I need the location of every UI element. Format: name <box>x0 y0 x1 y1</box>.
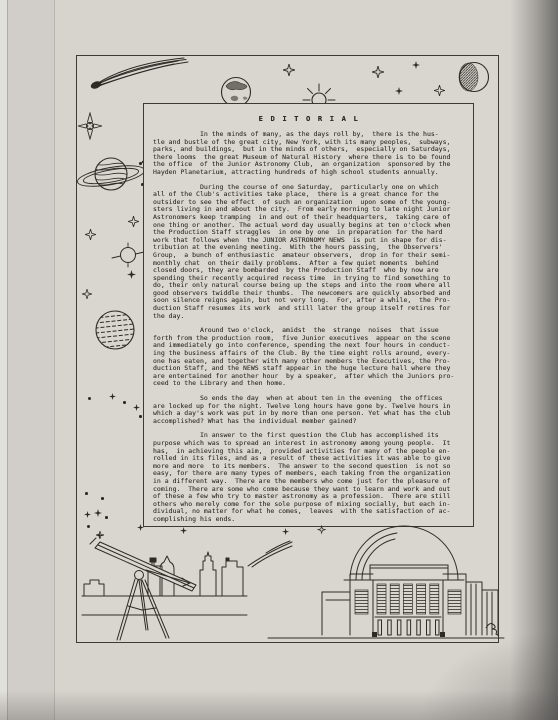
comet-icon <box>86 56 190 94</box>
paragraph-2: During the course of one Saturday, parti… <box>153 184 465 321</box>
page-left-edge-sliver <box>0 0 8 720</box>
saturn-icon <box>75 152 147 200</box>
ringed-planet-icon <box>111 242 145 268</box>
star-icon <box>96 532 103 539</box>
moon-icon <box>455 61 493 95</box>
star-icon <box>128 216 139 227</box>
paragraph-4: So ends the day when at about ten in the… <box>153 395 465 425</box>
four-point-star-icon <box>77 112 103 140</box>
dot-speck <box>105 516 108 519</box>
star-icon <box>94 509 102 517</box>
star-icon <box>318 526 325 533</box>
dot-speck <box>88 397 91 400</box>
star-icon <box>85 229 96 240</box>
page-left-margin-edge <box>0 0 55 720</box>
page-curl-shadow <box>418 630 558 720</box>
jupiter-icon <box>87 308 145 354</box>
star-icon <box>283 64 295 76</box>
star-icon <box>282 528 289 535</box>
star-icon <box>133 404 140 411</box>
book-spine-shadow <box>510 0 558 720</box>
dot-speck <box>101 497 104 500</box>
scanned-page-photo: E D I T O R I A L In the minds of many, … <box>0 0 558 720</box>
dot-speck <box>139 162 142 165</box>
dot-speck <box>85 492 88 495</box>
paragraph-3: Around two o'clock, amidst the strange n… <box>153 327 465 388</box>
star-icon <box>127 270 136 279</box>
star-icon <box>372 66 384 78</box>
dot-speck <box>123 401 126 404</box>
planetarium-building-drawing <box>266 524 510 644</box>
star-icon <box>395 87 403 95</box>
dot-speck <box>139 415 142 418</box>
editorial-text-box: E D I T O R I A L In the minds of many, … <box>143 103 474 527</box>
paragraph-5: In answer to the first question the Club… <box>153 432 465 523</box>
paragraph-1: In the minds of many, as the days roll b… <box>153 131 465 177</box>
star-icon <box>84 511 91 518</box>
star-icon <box>412 61 420 69</box>
star-icon <box>434 85 445 96</box>
star-icon <box>82 289 92 299</box>
star-icon <box>180 527 187 534</box>
star-icon <box>109 393 116 400</box>
page-title: E D I T O R I A L <box>153 114 465 123</box>
